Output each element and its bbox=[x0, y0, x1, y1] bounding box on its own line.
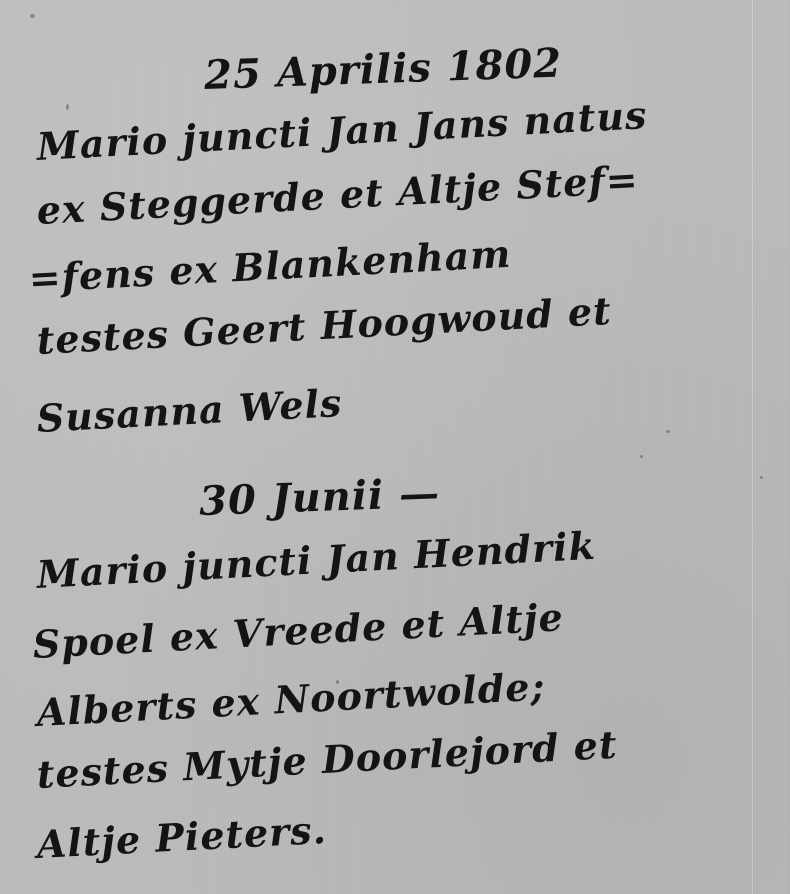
paper-speck bbox=[30, 14, 35, 18]
entry-text-line: testes Mytje Doorlejord et bbox=[36, 722, 619, 797]
entry-text-line: Alberts ex Noortwolde; bbox=[36, 663, 547, 735]
paper-speck bbox=[640, 455, 643, 458]
paper-speck bbox=[760, 476, 763, 479]
entry-text-line: Mario juncti Jan Jans natus bbox=[36, 92, 649, 169]
entry-date: 30 Junii — bbox=[198, 470, 440, 525]
entry-text-line: testes Geert Hoogwoud et bbox=[36, 288, 613, 363]
entry-text-line: =fens ex Blankenham bbox=[28, 231, 513, 301]
entry-text-line: ex Steggerde et Altje Stef= bbox=[36, 157, 640, 233]
entry-text-line: Spoel ex Vreede et Altje bbox=[32, 594, 565, 667]
register-page: 25 Aprilis 1802 Mario juncti Jan Jans na… bbox=[0, 0, 790, 894]
entry-text-line: Altje Pieters. bbox=[36, 807, 328, 867]
entry-date: 25 Aprilis 1802 bbox=[203, 40, 562, 99]
paper-speck bbox=[666, 430, 670, 433]
paper-speck bbox=[66, 104, 69, 110]
entry-text-line: Mario juncti Jan Hendrik bbox=[36, 523, 597, 597]
paper-fold-line bbox=[752, 0, 753, 894]
entry-text-line: Susanna Wels bbox=[36, 380, 344, 441]
